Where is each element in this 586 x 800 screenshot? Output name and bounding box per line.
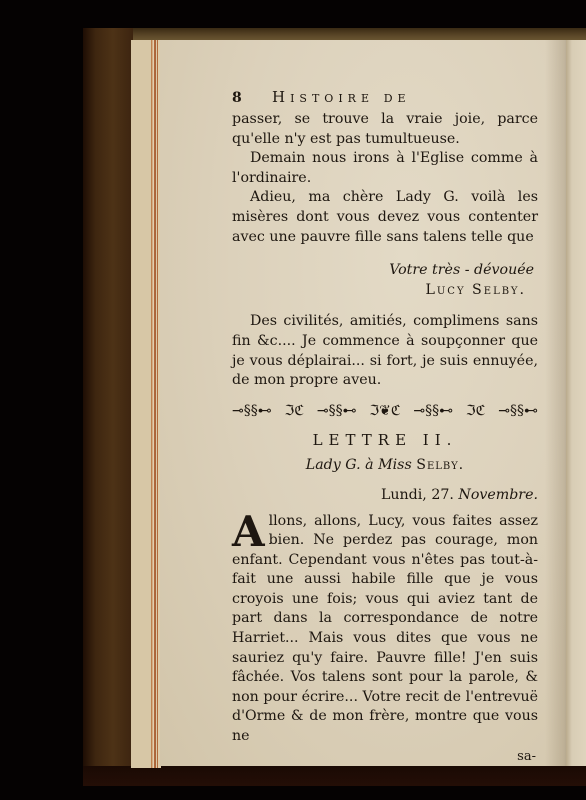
letter-address-from: Lady G. à Miss: [306, 457, 412, 473]
facing-page-edge: [566, 40, 586, 766]
printer-ornament-divider: ⊸§§⊷ ℑℭ ⊸§§⊷ ℑ❦ℭ ⊸§§⊷ ℑℭ ⊸§§⊷: [232, 403, 538, 421]
dateline-month: Novembre.: [458, 487, 538, 503]
page-text: 8 Histoire de passer, se trouve la vraie…: [232, 88, 538, 766]
paragraph-continuation: passer, se trouve la vraie joie, parce q…: [232, 110, 538, 149]
letter-address: Lady G. à Miss Selby.: [232, 456, 538, 476]
ornament-icon: ⊸§§⊷: [498, 402, 538, 422]
letter-address-to: Selby.: [416, 457, 464, 473]
paragraph: Demain nous irons à l'Eglise comme à l'o…: [232, 149, 538, 188]
postscript: Des civilités, amitiés, complimens sans …: [232, 312, 538, 390]
catchword: sa-: [232, 747, 538, 767]
paragraph: Adieu, ma chère Lady G. voilà les misère…: [232, 188, 538, 247]
running-head: 8 Histoire de: [232, 88, 538, 110]
page-edges-stack: [131, 40, 161, 768]
letter-heading: LETTRE II.: [232, 431, 538, 451]
ornament-icon: ℑℭ: [466, 402, 486, 422]
ornament-icon: ℑℭ: [284, 402, 304, 422]
letter-signoff: Votre très - dévouée: [232, 261, 538, 281]
letter-signature: Lucy Selby.: [232, 281, 538, 301]
dateline-day: Lundi, 27.: [381, 487, 454, 503]
ornament-icon: ⊸§§⊷: [413, 402, 453, 422]
book-spine-binding: [83, 28, 133, 778]
ornament-icon: ℑ❦ℭ: [369, 402, 400, 422]
letter-body: A llons, allons, Lucy, vous faites assez…: [232, 512, 538, 747]
page-number: 8: [232, 89, 272, 109]
running-title: Histoire de: [272, 88, 411, 108]
ornament-icon: ⊸§§⊷: [317, 402, 357, 422]
letter-dateline: Lundi, 27. Novembre.: [232, 486, 538, 506]
drop-cap: A: [232, 514, 265, 550]
ornament-icon: ⊸§§⊷: [232, 402, 272, 422]
letter-body-text: llons, allons, Lucy, vous faites assez b…: [232, 513, 538, 745]
book-cover-bottom-edge: [83, 766, 586, 786]
